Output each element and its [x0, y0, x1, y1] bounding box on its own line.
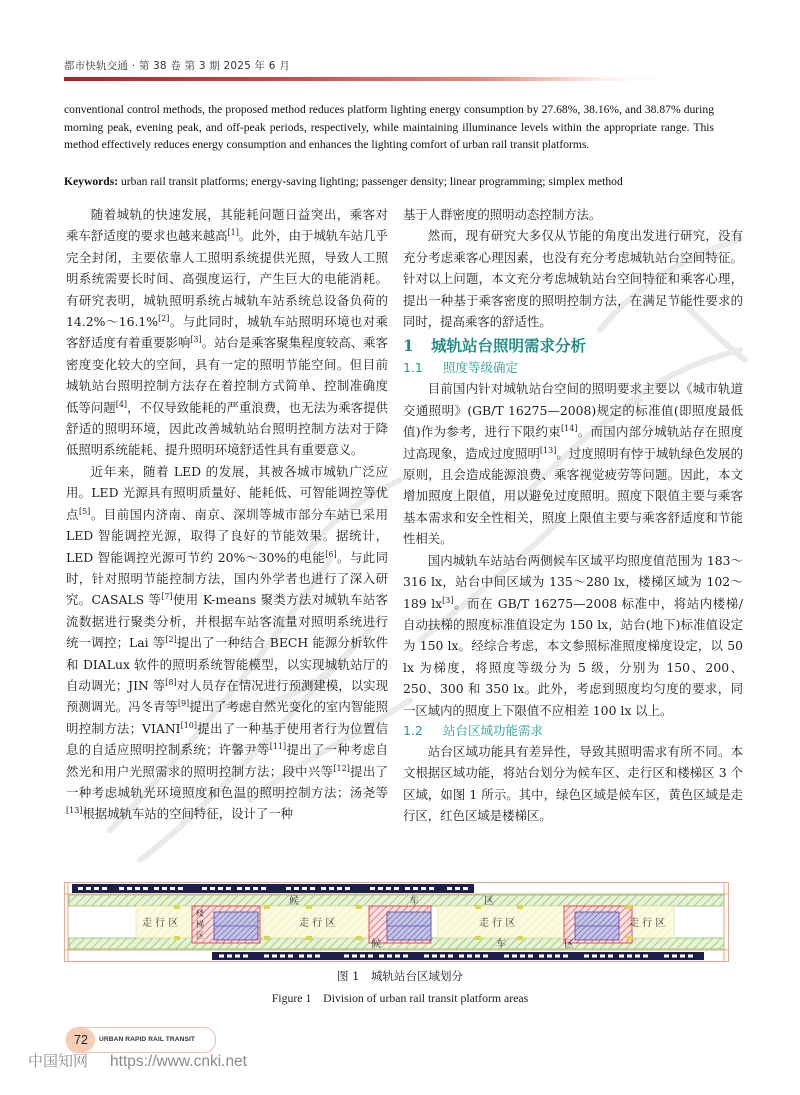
stair-zone-3 — [564, 906, 632, 943]
citation[interactable]: [2] — [165, 635, 176, 644]
citation[interactable]: [9] — [178, 699, 189, 708]
svg-text:梯: 梯 — [196, 919, 204, 929]
label-wait-top-2: 车 — [409, 895, 419, 907]
citation[interactable]: [14] — [561, 424, 577, 433]
citation[interactable]: [6] — [325, 550, 336, 559]
page-number: 72 — [67, 1028, 95, 1052]
figure-caption-en: Figure 1 Division of urban rail transit … — [0, 989, 800, 1006]
paragraph-intro-2: 近年来，随着 LED 的发展，其被各城市城轨广泛应用。LED 光源具有照明质量好… — [66, 461, 388, 825]
train-top — [72, 884, 474, 893]
abstract-english: conventional control methods, the propos… — [64, 101, 714, 154]
label-stair: 楼 梯 区 — [196, 908, 205, 940]
svg-text:区: 区 — [196, 931, 204, 940]
label-wait-top-1: 候 — [289, 895, 299, 907]
cnki-name: 中国知网 — [28, 1052, 88, 1070]
cnki-url[interactable]: https://www.cnki.net — [110, 1053, 247, 1070]
paragraph-intro-1: 随着城轨的快速发展，其能耗问题日益突出，乘客对乘车舒适度的要求也越来越高[1]。… — [66, 204, 388, 461]
keywords-label: Keywords: — [64, 175, 118, 188]
label-walk-3: 走 行 区 — [479, 916, 515, 929]
journal-title: URBAN RAPID RAIL TRANSIT — [99, 1028, 195, 1052]
paragraph-illuminance-standard: 目前国内针对城轨站台空间的照明要求主要以《城市轨道交通照明》(GB/T 1627… — [403, 378, 743, 549]
right-column: 基于人群密度的照明动态控制方法。 然而，现有研究大多仅从节能的角度出发进行研究，… — [403, 204, 743, 827]
stair-zone-2 — [369, 906, 431, 943]
header-rule — [64, 77, 664, 81]
keywords: Keywords: urban rail transit platforms; … — [64, 175, 724, 188]
figure-caption-cn: 图 1 城轨站台区域划分 — [0, 968, 800, 984]
citation[interactable]: [12] — [333, 764, 349, 773]
section-heading-1-2: 1.2站台区域功能需求 — [403, 721, 743, 741]
running-head: 都市快轨交通 · 第 38 卷 第 3 期 2025 年 6 月 — [64, 58, 290, 73]
citation[interactable]: [13] — [66, 806, 82, 815]
citation[interactable]: [11] — [270, 742, 286, 751]
label-wait-bottom-2: 车 — [496, 938, 506, 950]
svg-text:楼: 楼 — [196, 908, 205, 918]
label-wait-bottom-1: 候 — [371, 938, 381, 950]
section-heading-1: 1城轨站台照明需求分析 — [403, 335, 743, 357]
left-column: 随着城轨的快速发展，其能耗问题日益突出，乘客对乘车舒适度的要求也越来越高[1]。… — [66, 204, 388, 825]
cnki-watermark: 中国知网https://www.cnki.net — [28, 1050, 247, 1071]
label-wait-top-3: 区 — [484, 895, 494, 907]
figure-platform-zones: 候 车 区 候 车 区 走 行 区 走 行 区 走 行 区 走 行 区 楼 梯 … — [64, 882, 729, 962]
section-heading-1-1: 1.1照度等级确定 — [403, 358, 743, 378]
paragraph-zone-function: 站台区域功能具有差异性，导致其照明需求有所不同。本文根据区域功能，将站台划分为候… — [403, 741, 743, 827]
label-wait-bottom-3: 区 — [564, 938, 574, 950]
label-walk-2: 走 行 区 — [299, 916, 335, 929]
citation[interactable]: [13] — [540, 446, 556, 455]
label-walk-1: 走 行 区 — [142, 916, 178, 929]
paragraph-continued: 基于人群密度的照明动态控制方法。 — [403, 204, 743, 225]
label-walk-4: 走 行 区 — [629, 916, 665, 929]
citation[interactable]: [5] — [79, 507, 90, 516]
keywords-text: urban rail transit platforms; energy-sav… — [118, 175, 623, 188]
citation[interactable]: [10] — [181, 721, 197, 730]
paragraph-illuminance-levels: 国内城轨车站站台两侧候车区域平均照度值范围为 183～316 lx，站台中间区域… — [403, 550, 743, 721]
citation[interactable]: [1] — [228, 228, 239, 237]
citation[interactable]: [8] — [165, 678, 176, 687]
citation[interactable]: [3] — [442, 596, 453, 605]
citation[interactable]: [3] — [190, 335, 201, 344]
citation[interactable]: [2] — [158, 314, 169, 323]
citation[interactable]: [4] — [116, 400, 127, 409]
train-bottom — [212, 952, 704, 960]
citation[interactable]: [7] — [161, 592, 172, 601]
paragraph-motivation: 然而，现有研究大多仅从节能的角度出发进行研究，没有充分考虑乘客心理因素，也没有充… — [403, 225, 743, 332]
waiting-zone-top — [69, 895, 724, 906]
